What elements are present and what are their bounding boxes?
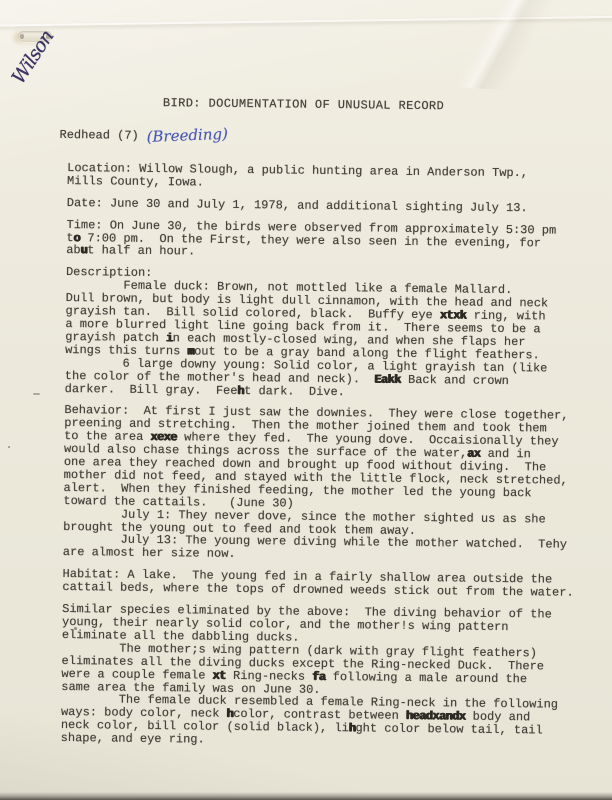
paragraph-time: Time: On June 30, the birds were observe… (66, 219, 606, 264)
paragraph-habitat: Habitat: A lake. The young fed in a fair… (62, 568, 602, 600)
document-page: Wilson BIRD: DOCUMENTATION OF UNUSUAL RE… (0, 0, 612, 800)
signature-handwriting: Wilson (8, 27, 58, 88)
ink-speck (74, 627, 77, 630)
typed-content: BIRD: DOCUMENTATION OF UNUSUAL RECORD Re… (61, 96, 608, 751)
overstrike-text: m (187, 344, 194, 358)
overstrike-text: h (237, 383, 244, 397)
paper-crease-diagonal (348, 0, 612, 100)
paragraph-description-downy-young: 6 large downy young: Solid color, a ligh… (65, 357, 605, 402)
paragraph-location: Location: Willow Slough, a public huntin… (67, 162, 607, 194)
paragraph-description-female-duck: Female duck: Brown, not mottled like a f… (65, 279, 606, 363)
overstrike-text: i (166, 331, 173, 345)
species-name: Redhead (7) (59, 128, 138, 143)
scan-edge-shadow (0, 792, 612, 800)
paragraph-behavior: Behavior: At first I just saw the downie… (63, 404, 604, 513)
document-body: Location: Willow Slough, a public huntin… (61, 162, 608, 751)
ink-speck (8, 446, 10, 448)
paragraph-similar-species-wing-pattern: The mother;s wing pattern (dark with gra… (61, 642, 602, 700)
overstrike-text: h (349, 721, 356, 735)
document-title: BIRD: DOCUMENTATION OF UNUSUAL RECORD (163, 97, 608, 115)
paragraph-similar-species-resemblance: The female duck resembled a female Ring-… (61, 693, 602, 751)
typed-line: Date: June 30 and July 1, 1978, and addi… (67, 197, 607, 216)
species-line: Redhead (7)(Breeding) (60, 127, 608, 146)
paragraph-behavior-july-13: July 13: The young were diving while the… (63, 533, 603, 565)
overstrike-text: Eakk (374, 372, 401, 386)
pencil-mark (33, 393, 40, 395)
overstrike-text: xt (213, 668, 226, 682)
overstrike-text: fa (312, 669, 325, 683)
paragraph-date: Date: June 30 and July 1, 1978, and addi… (67, 197, 607, 216)
breeding-annotation: (Breeding) (147, 128, 229, 144)
overstrike-text: u (81, 244, 88, 258)
